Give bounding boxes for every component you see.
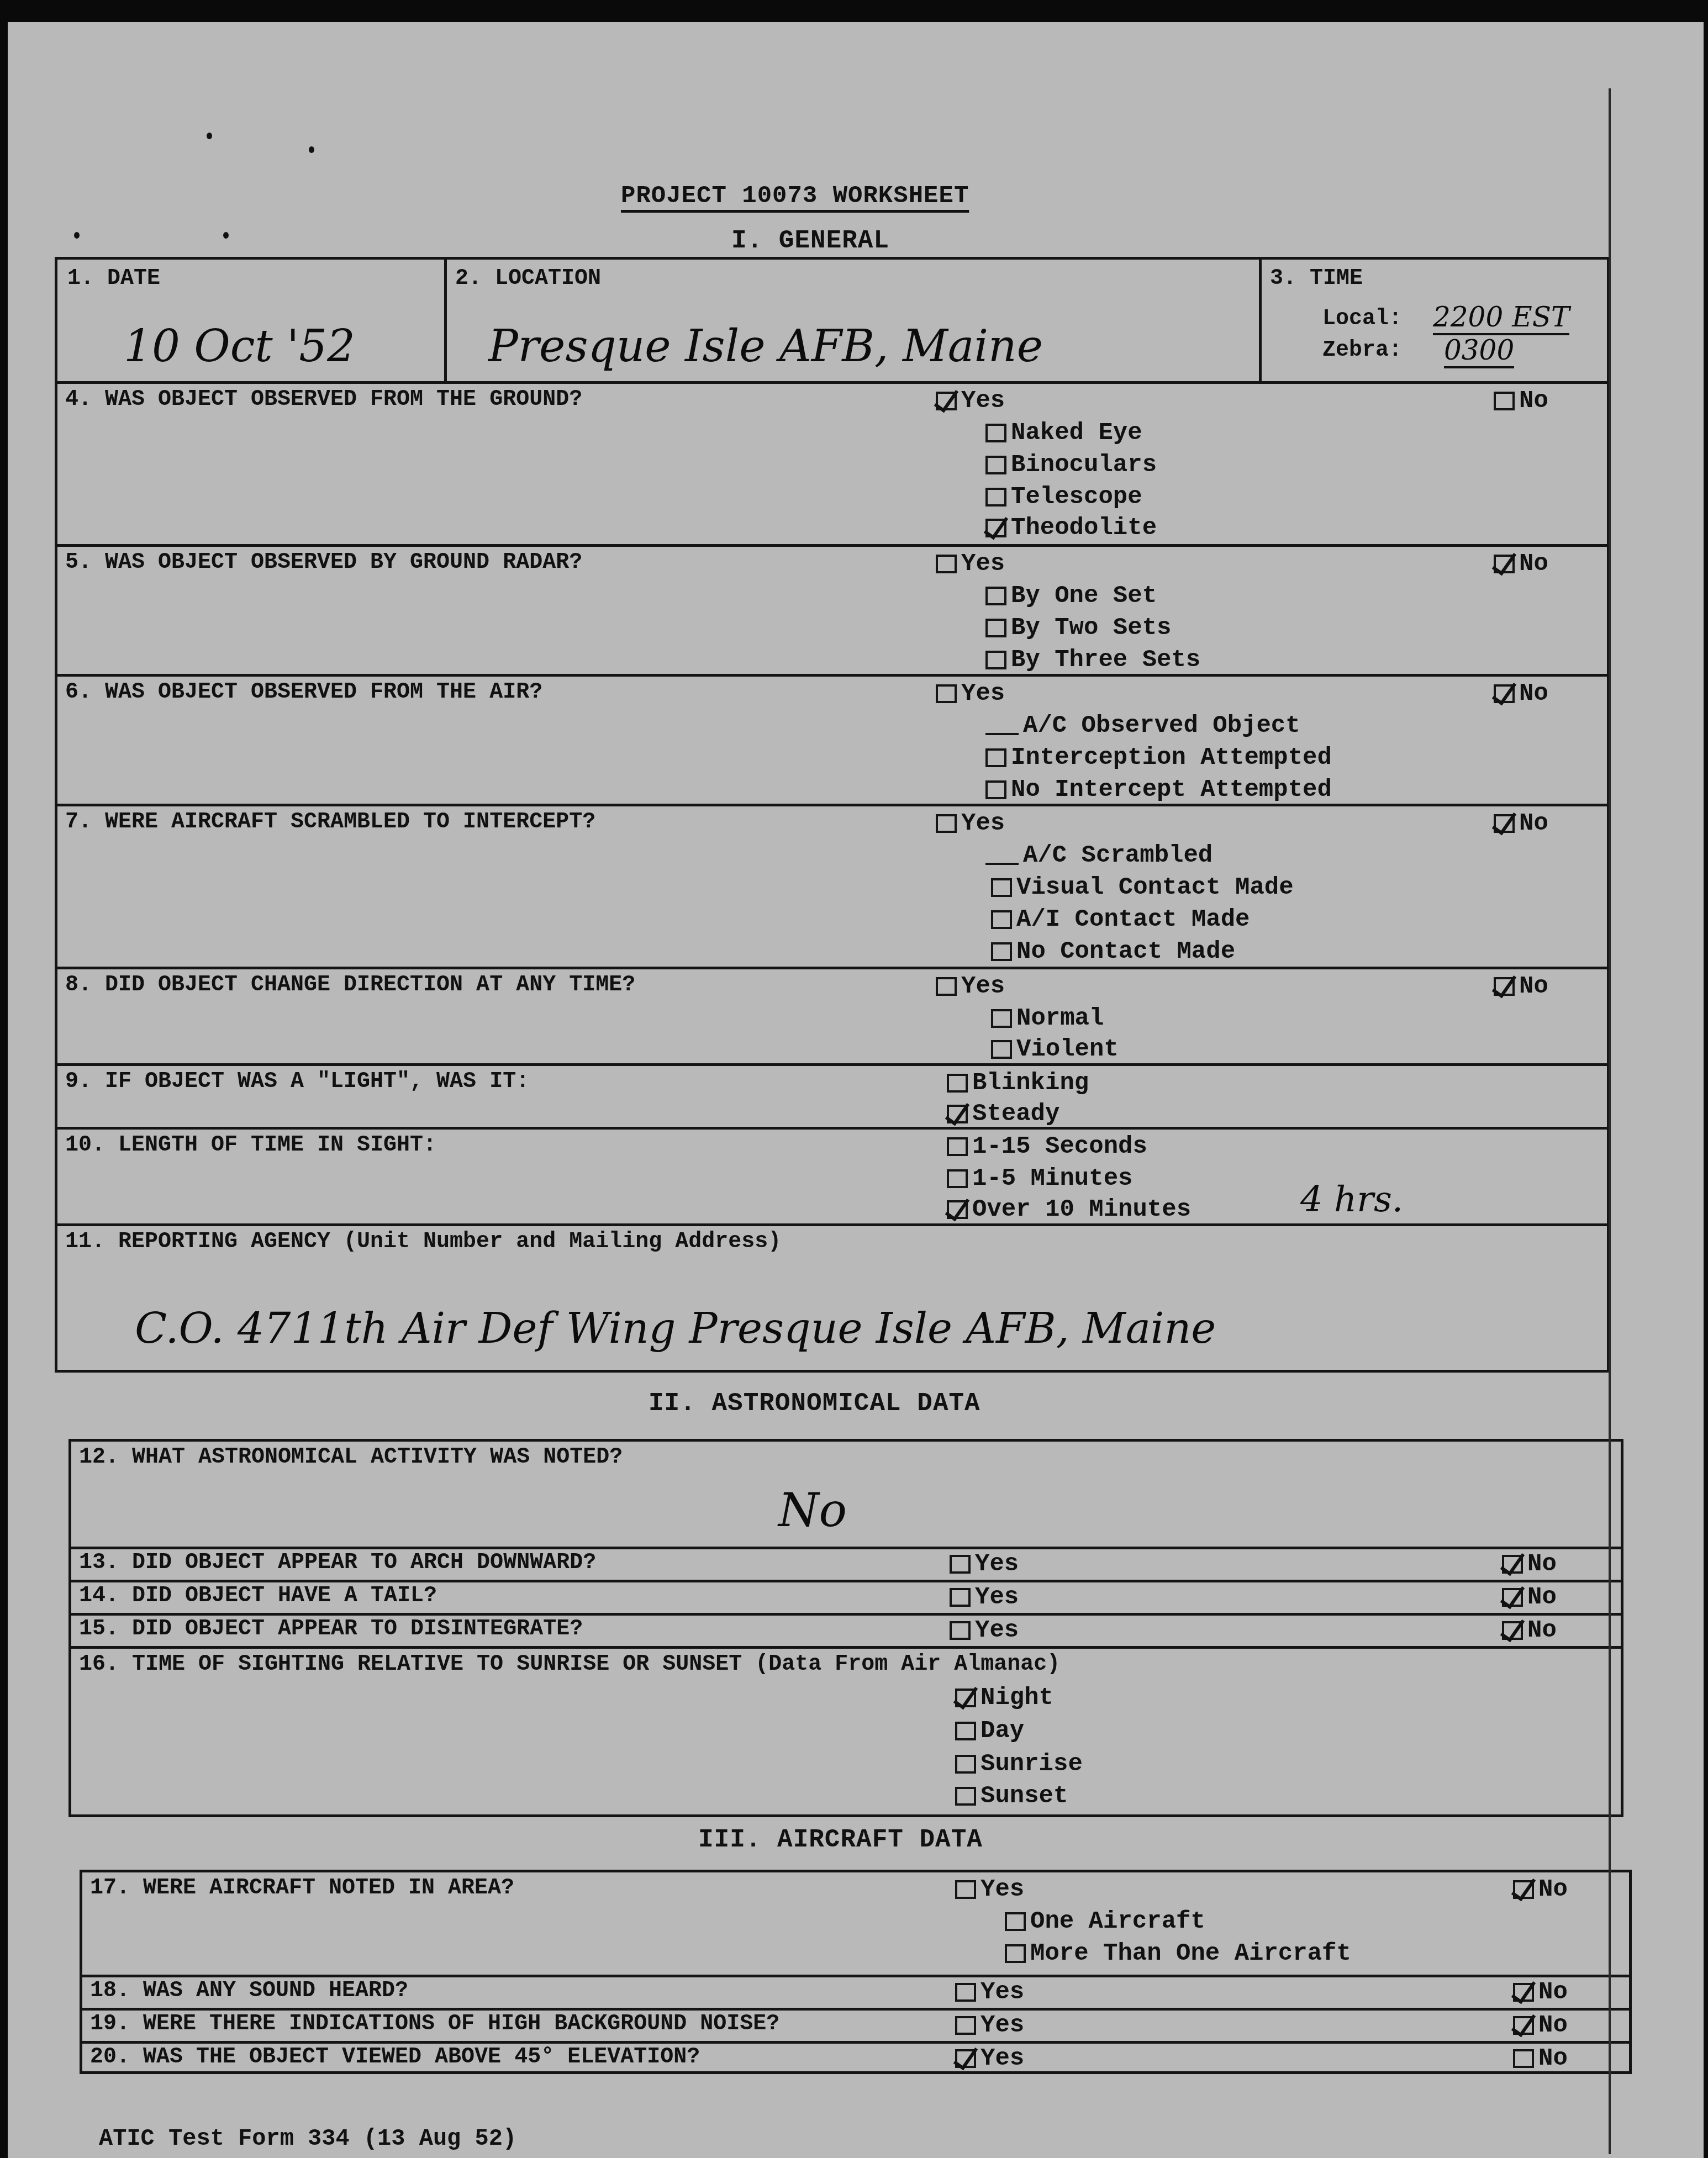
q16-sunrise-option[interactable]: Sunrise <box>955 1750 1083 1778</box>
checkbox-checked-icon[interactable] <box>947 1105 968 1123</box>
q18-yes-option[interactable]: Yes <box>955 1978 1024 2006</box>
checkbox-icon[interactable] <box>936 555 957 573</box>
q20-yes-option[interactable]: Yes <box>955 2045 1024 2072</box>
checkbox-checked-icon[interactable] <box>955 2049 976 2068</box>
question-8: 8. DID OBJECT CHANGE DIRECTION AT ANY TI… <box>57 967 1607 1066</box>
scan-speck <box>74 232 80 239</box>
time-label: 3. TIME <box>1270 266 1363 291</box>
q6-ac-observed-field[interactable]: A/C Observed Object <box>985 712 1300 740</box>
time-zebra-value[interactable]: 0300 <box>1444 334 1514 368</box>
checkbox-checked-icon[interactable] <box>1494 684 1515 703</box>
checkbox-checked-icon[interactable] <box>1494 814 1515 833</box>
q8-violent-option[interactable]: Violent <box>991 1036 1119 1063</box>
checkbox-checked-icon[interactable] <box>1513 1983 1534 2002</box>
question-text: 14. DID OBJECT HAVE A TAIL? <box>79 1584 437 1608</box>
q16-day-option[interactable]: Day <box>955 1717 1024 1745</box>
checkbox-checked-icon[interactable] <box>985 519 1006 537</box>
checkbox-icon[interactable] <box>947 1137 968 1156</box>
checkbox-icon[interactable] <box>955 1983 976 2002</box>
checkbox-icon[interactable] <box>950 1621 971 1640</box>
scan-speck <box>223 232 229 239</box>
question-text: 11. REPORTING AGENCY (Unit Number and Ma… <box>65 1230 781 1254</box>
q10-over-10-minutes-option[interactable]: Over 10 Minutes <box>947 1196 1191 1223</box>
question-9: 9. IF OBJECT WAS A "LIGHT", WAS IT: Blin… <box>57 1063 1607 1130</box>
q8-yes-option[interactable]: Yes <box>936 973 1005 1000</box>
checkbox-icon[interactable] <box>991 1040 1012 1059</box>
checkbox-checked-icon[interactable] <box>1502 1555 1523 1574</box>
question-text: 15. DID OBJECT APPEAR TO DISINTEGRATE? <box>79 1617 583 1642</box>
checkbox-icon[interactable] <box>955 1722 976 1740</box>
question-text: 20. WAS THE OBJECT VIEWED ABOVE 45° ELEV… <box>90 2045 700 2070</box>
q15-no-option[interactable]: No <box>1502 1617 1557 1644</box>
q5-three-sets-option[interactable]: By Three Sets <box>985 646 1200 674</box>
question-text: 17. WERE AIRCRAFT NOTED IN AREA? <box>90 1876 514 1901</box>
astronomical-activity-value[interactable]: No <box>778 1483 847 1537</box>
q6-no-option[interactable]: No <box>1494 680 1548 708</box>
time-local-value[interactable]: 2200 EST <box>1433 301 1569 335</box>
question-16: 16. TIME OF SIGHTING RELATIVE TO SUNRISE… <box>71 1646 1621 1817</box>
q10-handwritten-note: 4 hrs. <box>1300 1179 1403 1220</box>
q19-yes-option[interactable]: Yes <box>955 2012 1024 2039</box>
checkbox-icon[interactable] <box>1005 1912 1026 1931</box>
checkbox-checked-icon[interactable] <box>1513 2016 1534 2035</box>
q4-binoculars-option[interactable]: Binoculars <box>985 451 1157 479</box>
q7-no-contact-option[interactable]: No Contact Made <box>991 938 1235 965</box>
checkbox-icon[interactable] <box>955 1880 976 1899</box>
checkbox-icon[interactable] <box>985 748 1006 767</box>
astronomical-questions-box: 12. WHAT ASTRONOMICAL ACTIVITY WAS NOTED… <box>68 1439 1623 1817</box>
question-18: 18. WAS ANY SOUND HEARD? Yes No <box>82 1975 1629 2011</box>
q13-no-option[interactable]: No <box>1502 1550 1557 1578</box>
q4-naked-eye-option[interactable]: Naked Eye <box>985 419 1142 447</box>
q7-ai-contact-option[interactable]: A/I Contact Made <box>991 906 1250 933</box>
q6-yes-option[interactable]: Yes <box>936 680 1005 708</box>
checkbox-icon[interactable] <box>985 488 1006 506</box>
q10-1-15-seconds-option[interactable]: 1-15 Seconds <box>947 1133 1147 1160</box>
checkbox-icon[interactable] <box>991 942 1012 961</box>
date-label: 1. DATE <box>67 266 160 291</box>
q4-yes-option[interactable]: Yes <box>936 387 1005 415</box>
question-text: 9. IF OBJECT WAS A "LIGHT", WAS IT: <box>65 1069 529 1094</box>
blank-line[interactable] <box>985 716 1019 735</box>
q5-one-set-option[interactable]: By One Set <box>985 582 1157 610</box>
time-zebra-label: Zebra: <box>1322 338 1402 363</box>
q17-more-than-one-option[interactable]: More Than One Aircraft <box>1005 1940 1351 1967</box>
q5-two-sets-option[interactable]: By Two Sets <box>985 614 1171 642</box>
checkbox-checked-icon[interactable] <box>947 1200 968 1219</box>
checkbox-icon[interactable] <box>950 1588 971 1607</box>
question-6: 6. WAS OBJECT OBSERVED FROM THE AIR? Yes… <box>57 674 1607 806</box>
q16-night-option[interactable]: Night <box>955 1684 1053 1712</box>
checkbox-icon[interactable] <box>985 651 1006 669</box>
checkbox-icon[interactable] <box>991 910 1012 929</box>
q14-no-option[interactable]: No <box>1502 1584 1557 1611</box>
checkbox-icon[interactable] <box>947 1169 968 1188</box>
q5-no-option[interactable]: No <box>1494 550 1548 578</box>
checkbox-icon[interactable] <box>985 780 1006 799</box>
question-20: 20. WAS THE OBJECT VIEWED ABOVE 45° ELEV… <box>82 2041 1629 2077</box>
location-label: 2. LOCATION <box>455 266 601 291</box>
checkbox-icon[interactable] <box>1494 392 1515 410</box>
checkbox-icon[interactable] <box>955 1755 976 1774</box>
checkbox-icon[interactable] <box>985 424 1006 442</box>
question-11: 11. REPORTING AGENCY (Unit Number and Ma… <box>57 1223 1607 1375</box>
scan-speck <box>207 133 212 139</box>
q8-normal-option[interactable]: Normal <box>991 1005 1104 1032</box>
checkbox-checked-icon[interactable] <box>1513 1880 1534 1899</box>
q17-yes-option[interactable]: Yes <box>955 1876 1024 1903</box>
scan-speck <box>309 146 314 153</box>
question-12: 12. WHAT ASTRONOMICAL ACTIVITY WAS NOTED… <box>71 1442 1621 1547</box>
checkbox-icon[interactable] <box>991 1009 1012 1028</box>
q9-steady-option[interactable]: Steady <box>947 1100 1059 1128</box>
question-5: 5. WAS OBJECT OBSERVED BY GROUND RADAR? … <box>57 544 1607 677</box>
checkbox-icon[interactable] <box>985 619 1006 637</box>
divider <box>444 260 447 381</box>
section-title-general: I. GENERAL <box>731 226 889 255</box>
q17-one-aircraft-option[interactable]: One Aircraft <box>1005 1908 1205 1935</box>
question-text: 5. WAS OBJECT OBSERVED BY GROUND RADAR? <box>65 550 582 575</box>
q5-yes-option[interactable]: Yes <box>936 550 1005 578</box>
checkbox-checked-icon[interactable] <box>1502 1588 1523 1607</box>
q16-sunset-option[interactable]: Sunset <box>955 1782 1068 1810</box>
q8-no-option[interactable]: No <box>1494 973 1548 1000</box>
checkbox-icon[interactable] <box>991 878 1012 897</box>
q10-1-5-minutes-option[interactable]: 1-5 Minutes <box>947 1165 1132 1193</box>
checkbox-icon[interactable] <box>955 1787 976 1806</box>
header-fields-box: 1. DATE 10 Oct '52 2. LOCATION Presque I… <box>55 257 1610 381</box>
blank-line[interactable] <box>985 846 1019 865</box>
q18-no-option[interactable]: No <box>1513 1978 1568 2006</box>
checkbox-icon[interactable] <box>1005 1944 1026 1963</box>
q7-no-option[interactable]: No <box>1494 810 1548 837</box>
checkbox-icon[interactable] <box>936 684 957 703</box>
document-page: PROJECT 10073 WORKSHEET I. GENERAL 1. DA… <box>8 22 1704 2158</box>
question-19: 19. WERE THERE INDICATIONS OF HIGH BACKG… <box>82 2008 1629 2044</box>
question-7: 7. WERE AIRCRAFT SCRAMBLED TO INTERCEPT?… <box>57 804 1607 969</box>
q17-no-option[interactable]: No <box>1513 1876 1568 1903</box>
checkbox-icon[interactable] <box>950 1555 971 1574</box>
checkbox-icon[interactable] <box>985 456 1006 474</box>
general-questions-box: 4. WAS OBJECT OBSERVED FROM THE GROUND? … <box>55 381 1610 1373</box>
checkbox-icon[interactable] <box>936 977 957 996</box>
q7-visual-contact-option[interactable]: Visual Contact Made <box>991 874 1294 901</box>
q9-blinking-option[interactable]: Blinking <box>947 1069 1089 1097</box>
location-value[interactable]: Presque Isle AFB, Maine <box>488 320 1043 372</box>
checkbox-checked-icon[interactable] <box>1494 977 1515 996</box>
question-text: 6. WAS OBJECT OBSERVED FROM THE AIR? <box>65 680 542 705</box>
q4-no-option[interactable]: No <box>1494 387 1548 415</box>
question-10: 10. LENGTH OF TIME IN SIGHT: 1-15 Second… <box>57 1127 1607 1226</box>
q7-ac-scrambled-field[interactable]: A/C Scrambled <box>985 842 1213 869</box>
checkbox-icon[interactable] <box>947 1074 968 1093</box>
divider <box>1259 260 1262 381</box>
checkbox-icon[interactable] <box>985 587 1006 605</box>
question-text: 10. LENGTH OF TIME IN SIGHT: <box>65 1133 436 1158</box>
section-title-aircraft: III. AIRCRAFT DATA <box>698 1825 983 1854</box>
q13-yes-option[interactable]: Yes <box>950 1550 1019 1578</box>
question-text: 13. DID OBJECT APPEAR TO ARCH DOWNWARD? <box>79 1550 596 1575</box>
q4-theodolite-option[interactable]: Theodolite <box>985 514 1157 542</box>
checkbox-checked-icon[interactable] <box>955 1689 976 1707</box>
q6-no-intercept-option[interactable]: No Intercept Attempted <box>985 776 1332 804</box>
question-text: 7. WERE AIRCRAFT SCRAMBLED TO INTERCEPT? <box>65 810 595 835</box>
question-4: 4. WAS OBJECT OBSERVED FROM THE GROUND? … <box>57 384 1607 544</box>
checkbox-checked-icon[interactable] <box>1494 555 1515 573</box>
q14-yes-option[interactable]: Yes <box>950 1584 1019 1611</box>
question-text: 4. WAS OBJECT OBSERVED FROM THE GROUND? <box>65 387 582 412</box>
page-edge-line <box>1609 88 1611 2154</box>
date-value[interactable]: 10 Oct '52 <box>124 320 355 372</box>
q6-interception-attempted-option[interactable]: Interception Attempted <box>985 744 1332 772</box>
question-text: 16. TIME OF SIGHTING RELATIVE TO SUNRISE… <box>79 1652 1060 1677</box>
q7-yes-option[interactable]: Yes <box>936 810 1005 837</box>
q20-no-option[interactable]: No <box>1513 2045 1568 2072</box>
q4-telescope-option[interactable]: Telescope <box>985 483 1142 511</box>
document-title: PROJECT 10073 WORKSHEET <box>621 182 969 210</box>
question-text: 18. WAS ANY SOUND HEARD? <box>90 1978 408 2003</box>
q15-yes-option[interactable]: Yes <box>950 1617 1019 1644</box>
question-text: 19. WERE THERE INDICATIONS OF HIGH BACKG… <box>90 2012 779 2036</box>
question-13: 13. DID OBJECT APPEAR TO ARCH DOWNWARD? … <box>71 1547 1621 1582</box>
question-15: 15. DID OBJECT APPEAR TO DISINTEGRATE? Y… <box>71 1613 1621 1649</box>
checkbox-icon[interactable] <box>1513 2049 1534 2068</box>
time-local-label: Local: <box>1322 307 1402 331</box>
checkbox-checked-icon[interactable] <box>1502 1621 1523 1640</box>
question-text: 12. WHAT ASTRONOMICAL ACTIVITY WAS NOTED… <box>79 1445 623 1470</box>
section-title-astronomical: II. ASTRONOMICAL DATA <box>649 1389 980 1418</box>
checkbox-checked-icon[interactable] <box>936 392 957 410</box>
question-14: 14. DID OBJECT HAVE A TAIL? Yes No <box>71 1580 1621 1616</box>
aircraft-questions-box: 17. WERE AIRCRAFT NOTED IN AREA? Yes No … <box>80 1870 1632 2074</box>
checkbox-icon[interactable] <box>936 814 957 833</box>
reporting-agency-value[interactable]: C.O. 4711th Air Def Wing Presque Isle AF… <box>135 1304 1216 1353</box>
form-footer: ATIC Test Form 334 (13 Aug 52) <box>99 2125 516 2152</box>
question-17: 17. WERE AIRCRAFT NOTED IN AREA? Yes No … <box>82 1872 1629 1975</box>
q19-no-option[interactable]: No <box>1513 2012 1568 2039</box>
question-text: 8. DID OBJECT CHANGE DIRECTION AT ANY TI… <box>65 973 635 998</box>
checkbox-icon[interactable] <box>955 2016 976 2035</box>
